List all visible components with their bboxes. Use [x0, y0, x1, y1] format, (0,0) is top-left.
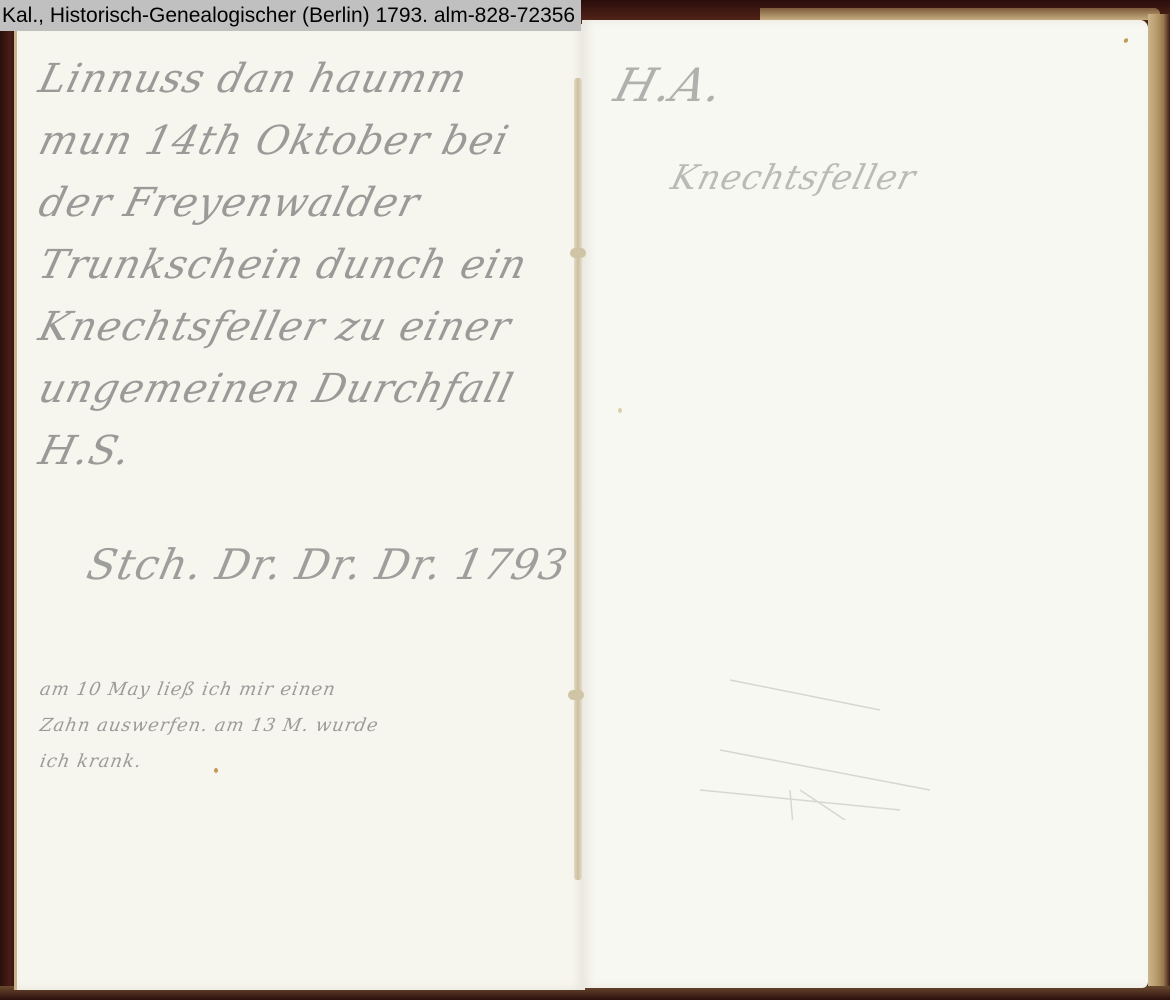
- paper-stain: [618, 408, 622, 413]
- handwriting-line: Knechtsfeller zu einer: [32, 296, 534, 358]
- binding-knot: [568, 690, 584, 700]
- book-scan: Linnuss dan haumm mun 14th Oktober bei d…: [0, 0, 1170, 1000]
- handwriting-line: Trunkschein dunch ein: [32, 234, 534, 296]
- gilt-right-edge: [1148, 14, 1170, 994]
- handwriting-line: mun 14th Oktober bei: [32, 110, 534, 172]
- handwritten-signature-line: Stch. Dr. Dr. Dr. 1793: [83, 540, 573, 589]
- image-caption: Kal., Historisch-Genealogischer (Berlin)…: [0, 0, 581, 31]
- handwriting-line: Linnuss dan haumm: [32, 48, 534, 110]
- main-handwritten-entry: Linnuss dan haumm mun 14th Oktober bei d…: [40, 48, 526, 482]
- handwritten-note: am 10 May ließ ich mir einen Zahn auswer…: [40, 672, 379, 780]
- note-line: am 10 May ließ ich mir einen: [37, 672, 382, 708]
- paper-stain: [214, 768, 218, 773]
- handwriting-line: ungemeinen Durchfall: [32, 358, 534, 420]
- right-page-monogram: H.A.: [609, 58, 730, 112]
- note-line: ich krank.: [37, 744, 382, 780]
- handwriting-line: der Freyenwalder: [32, 172, 534, 234]
- handwriting-line: H.S.: [32, 420, 534, 482]
- right-page-word: Knechtsfeller: [667, 158, 920, 198]
- gilt-top-edge: [760, 8, 1160, 20]
- binding-knot: [570, 248, 586, 258]
- binding-thread: [574, 78, 582, 880]
- faint-pencil-sketch: [700, 640, 960, 820]
- note-line: Zahn auswerfen. am 13 M. wurde: [37, 708, 382, 744]
